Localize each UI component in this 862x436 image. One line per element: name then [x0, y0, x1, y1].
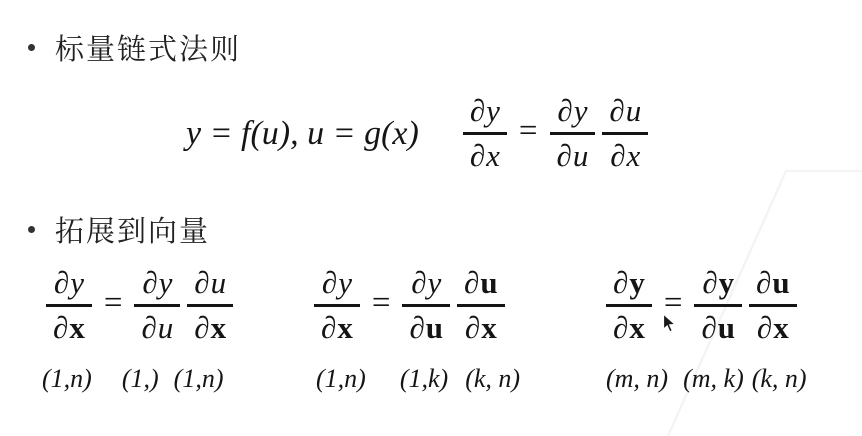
- vector-equation-1: ∂y ∂x = ∂y ∂u ∂u ∂x: [46, 264, 233, 347]
- partial-symbol: ∂: [557, 93, 572, 129]
- partial-symbol: ∂: [194, 265, 209, 301]
- var-x: x: [626, 138, 641, 174]
- partial-symbol: ∂: [609, 93, 624, 129]
- shape-label: (1,n): [42, 364, 92, 394]
- partial-symbol: ∂: [613, 265, 628, 301]
- var-x: x: [485, 138, 500, 174]
- partial-symbol: ∂: [411, 265, 426, 301]
- fraction-dy-dxvec: ∂y ∂x: [46, 264, 92, 347]
- var-y: y: [69, 265, 84, 301]
- partial-symbol: ∂: [142, 265, 157, 301]
- scalar-definition: y = f(u), u = g(x): [186, 115, 419, 153]
- vec-u: u: [425, 310, 443, 346]
- vector-equation-3: ∂y ∂x = ∂y ∂u ∂u ∂x: [606, 264, 807, 347]
- vec-x: x: [336, 310, 353, 346]
- var-u: u: [625, 93, 642, 129]
- partial-symbol: ∂: [757, 310, 772, 346]
- shape-label: (m, k): [683, 364, 744, 394]
- shape-label: (1,n): [316, 364, 366, 394]
- equals-sign: =: [104, 285, 123, 322]
- shape-labels-2: (1,n) (1,k) (k, n): [316, 364, 520, 394]
- vec-u: u: [771, 265, 789, 301]
- var-y: y: [485, 93, 500, 129]
- bullet-dot: [28, 44, 35, 51]
- shape-labels-1: (1,n) (1,) (1,n): [42, 364, 233, 394]
- shape-label: (1,k): [400, 364, 448, 394]
- partial-symbol: ∂: [54, 265, 69, 301]
- var-u: u: [210, 265, 227, 301]
- fraction-dy-duvec: ∂y ∂u: [402, 264, 450, 347]
- partial-symbol: ∂: [464, 265, 479, 301]
- shape-label: (1,): [122, 364, 159, 394]
- bullet-item-extend-to-vector: 拓展到向量: [28, 209, 210, 250]
- vec-u: u: [479, 265, 497, 301]
- bullet-item-scalar-chain-rule: 标量链式法则: [28, 27, 241, 68]
- partial-symbol: ∂: [702, 265, 717, 301]
- vector-formula-group-3: ∂y ∂x = ∂y ∂u ∂u ∂x (m, n) (m, k) (k, n): [606, 264, 807, 394]
- var-y: y: [337, 265, 352, 301]
- fraction-dyvec-duvec: ∂y ∂u: [694, 264, 742, 347]
- partial-symbol: ∂: [470, 93, 485, 129]
- bullet-dot: [28, 226, 35, 233]
- vec-x: x: [772, 310, 789, 346]
- fraction-dyvec-dxvec: ∂y ∂x: [606, 264, 652, 347]
- partial-symbol: ∂: [465, 310, 480, 346]
- shape-labels-3: (m, n) (m, k) (k, n): [606, 364, 807, 394]
- equals-sign: =: [664, 285, 683, 322]
- bullet-1-label: 标量链式法则: [55, 27, 241, 68]
- scalar-chain-rule-equation: ∂y ∂x = ∂y ∂u ∂u ∂x: [463, 92, 648, 175]
- vector-formula-group-2: ∂y ∂x = ∂y ∂u ∂u ∂x (1,n) (1,k) (k, n): [314, 264, 520, 394]
- equals-sign: =: [372, 285, 391, 322]
- shape-label: (k, n): [752, 364, 807, 394]
- partial-symbol: ∂: [141, 310, 156, 346]
- fraction-dy-dx: ∂y ∂x: [463, 92, 507, 175]
- partial-symbol: ∂: [409, 310, 424, 346]
- partial-symbol: ∂: [557, 138, 572, 174]
- partial-symbol: ∂: [321, 310, 336, 346]
- partial-symbol: ∂: [701, 310, 716, 346]
- fraction-duvec-dxvec: ∂u ∂x: [457, 264, 505, 347]
- vec-y: y: [718, 265, 735, 301]
- fraction-dy-du: ∂y ∂u: [550, 92, 596, 175]
- var-y: y: [573, 93, 588, 129]
- equals-sign: =: [519, 113, 538, 150]
- fraction-du-dx: ∂u ∂x: [602, 92, 648, 175]
- vec-u: u: [717, 310, 735, 346]
- shape-label: (1,n): [174, 364, 224, 394]
- partial-symbol: ∂: [610, 138, 625, 174]
- fraction-duvec-dxvec: ∂u ∂x: [749, 264, 797, 347]
- partial-symbol: ∂: [470, 138, 485, 174]
- shape-label: (m, n): [606, 364, 668, 394]
- partial-symbol: ∂: [53, 310, 68, 346]
- scalar-formula-row: y = f(u), u = g(x) ∂y ∂x = ∂y ∂u ∂u ∂x: [186, 92, 648, 175]
- var-u: u: [157, 310, 174, 346]
- bullet-2-label: 拓展到向量: [55, 209, 210, 250]
- vector-equation-2: ∂y ∂x = ∂y ∂u ∂u ∂x: [314, 264, 520, 347]
- vec-x: x: [68, 310, 85, 346]
- vector-formula-group-1: ∂y ∂x = ∂y ∂u ∂u ∂x (1,n) (1,) (1,n): [46, 264, 233, 394]
- vec-x: x: [210, 310, 227, 346]
- fraction-dy-dxvec: ∂y ∂x: [314, 264, 360, 347]
- partial-symbol: ∂: [613, 310, 628, 346]
- slide: 标量链式法则 y = f(u), u = g(x) ∂y ∂x = ∂y ∂u …: [0, 0, 862, 436]
- fraction-dy-du: ∂y ∂u: [134, 264, 180, 347]
- vec-x: x: [628, 310, 645, 346]
- partial-symbol: ∂: [756, 265, 771, 301]
- var-y: y: [427, 265, 442, 301]
- fraction-du-dxvec: ∂u ∂x: [187, 264, 233, 347]
- vec-y: y: [628, 265, 645, 301]
- var-u: u: [572, 138, 589, 174]
- var-y: y: [158, 265, 173, 301]
- partial-symbol: ∂: [194, 310, 209, 346]
- partial-symbol: ∂: [322, 265, 337, 301]
- vec-x: x: [480, 310, 497, 346]
- shape-label: (k, n): [465, 364, 520, 394]
